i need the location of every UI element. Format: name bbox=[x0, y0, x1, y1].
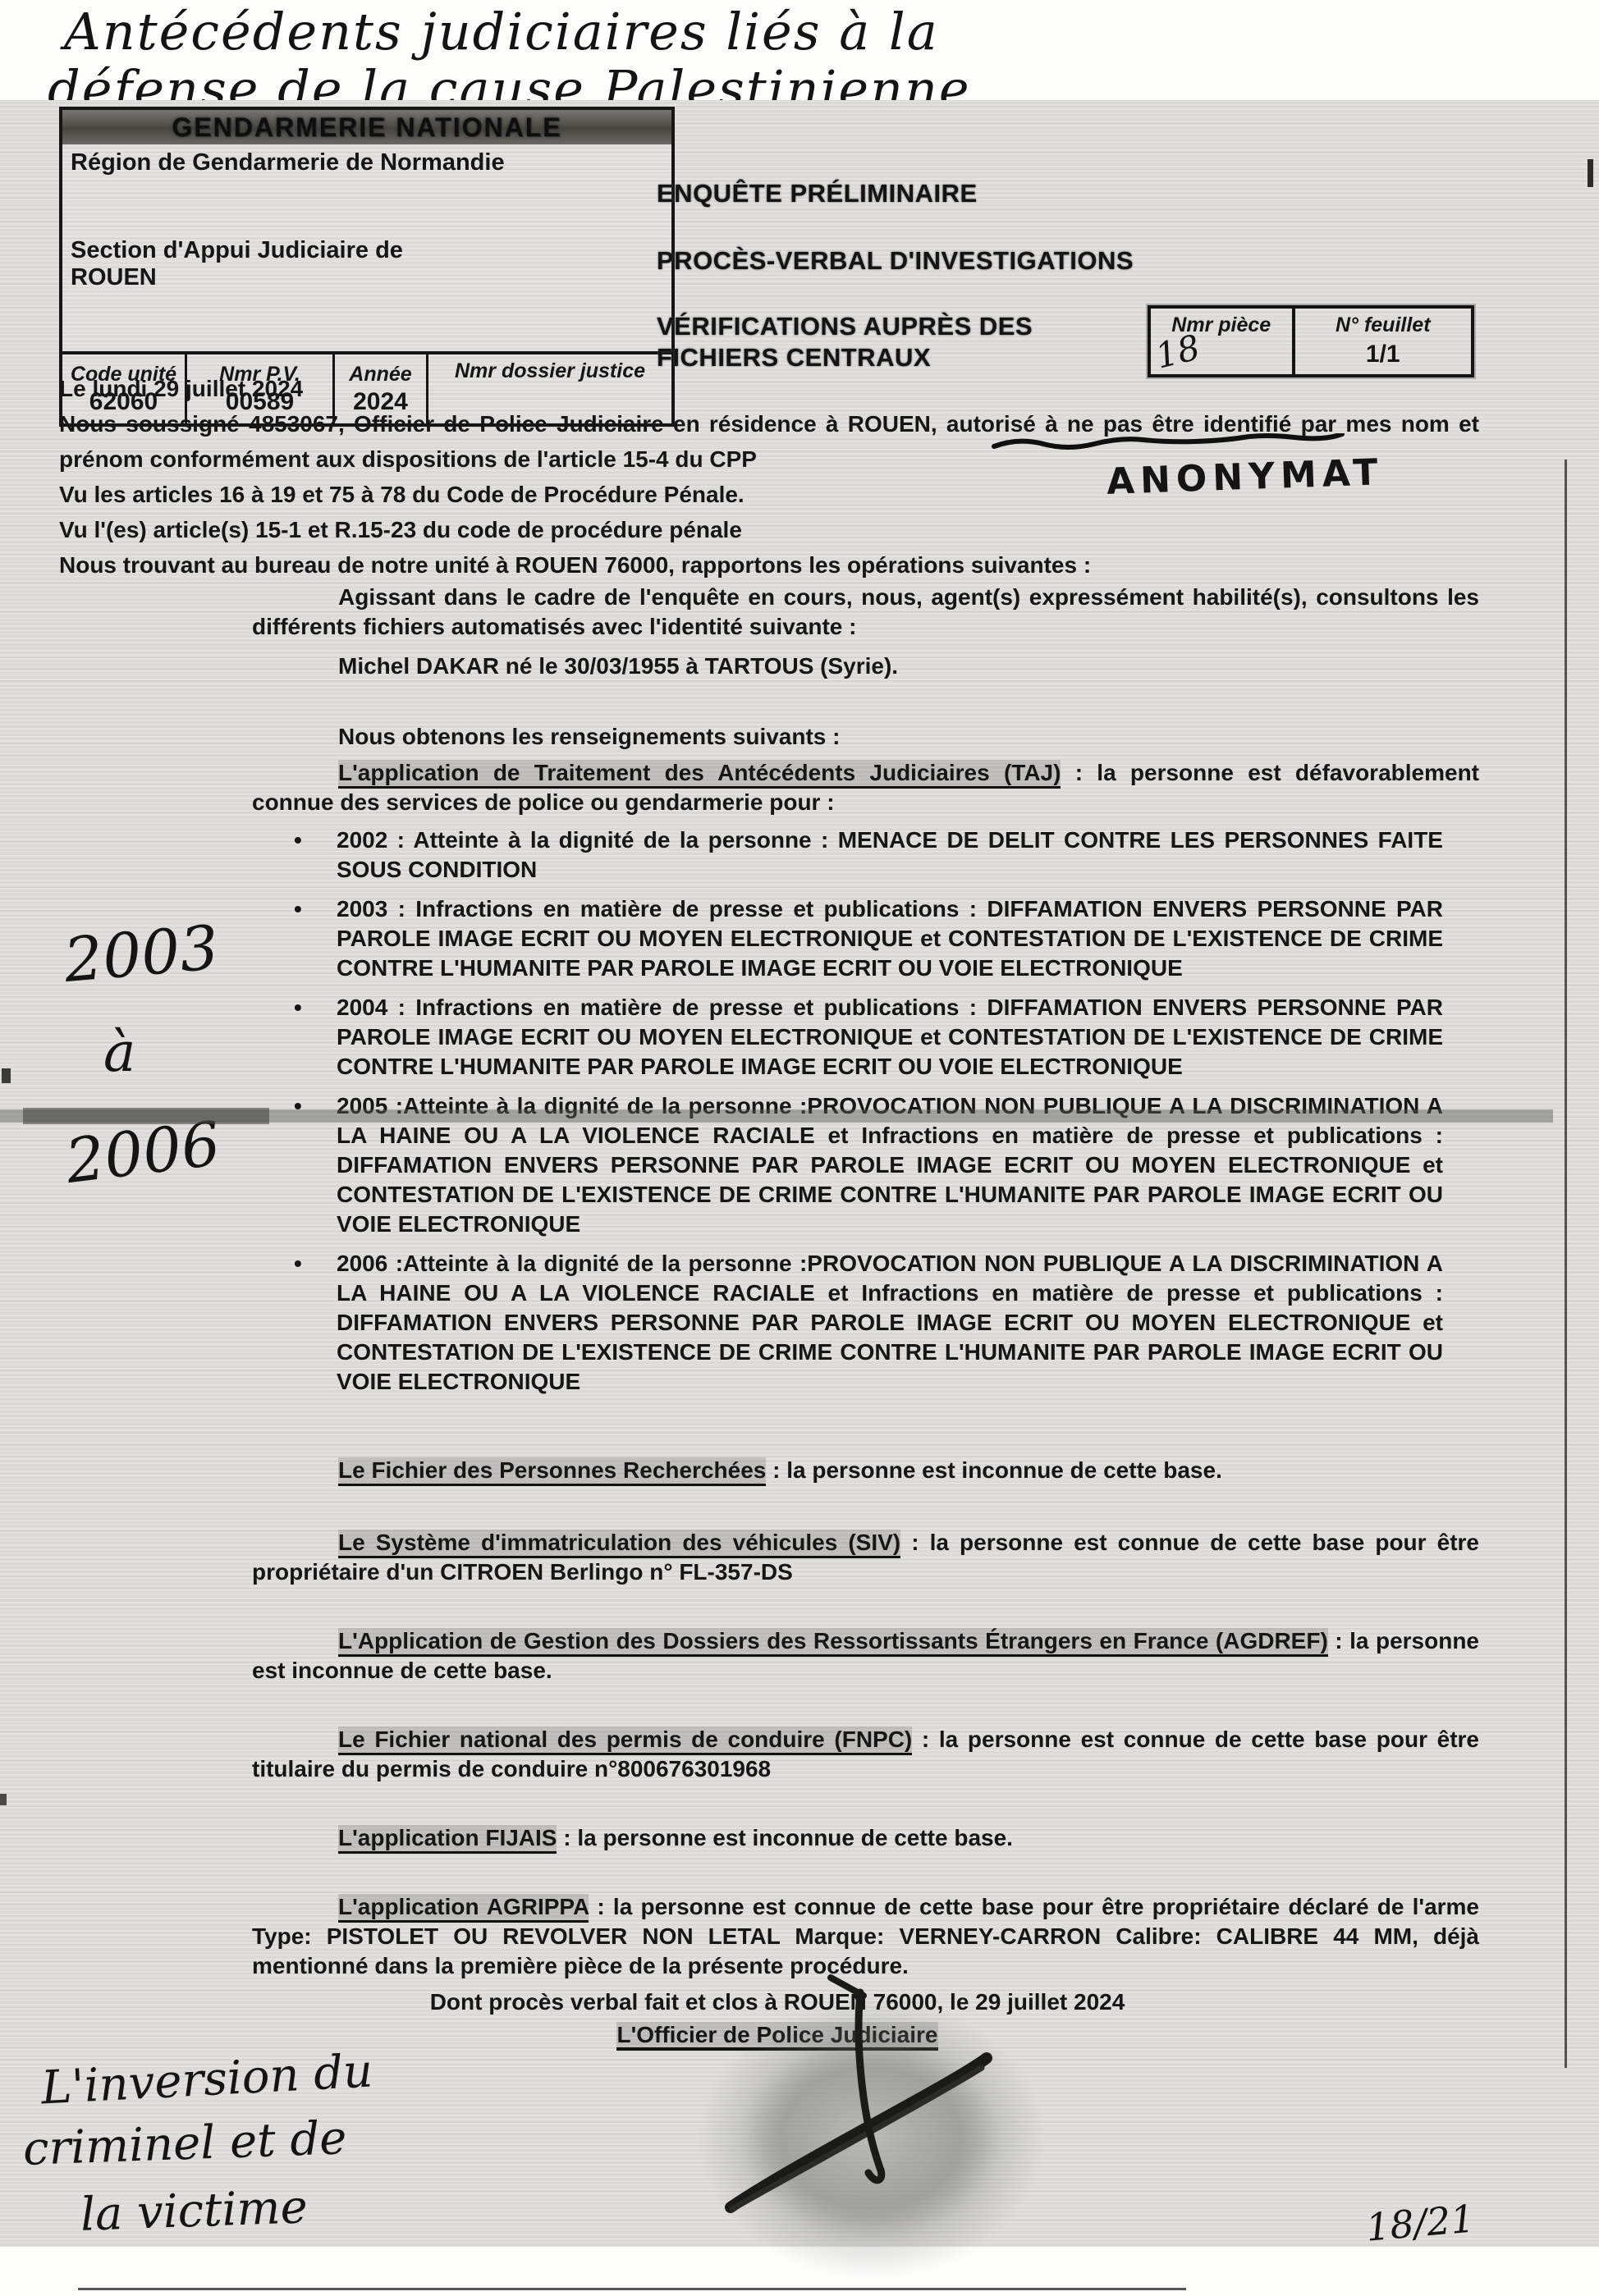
agrippa-label: L'application AGRIPPA bbox=[338, 1894, 589, 1923]
gendarmerie-nationale-title: GENDARMERIE NATIONALE bbox=[172, 112, 561, 143]
doc-title-verifications-line2: FICHIERS CENTRAUX bbox=[657, 343, 931, 373]
section-fpr: Le Fichier des Personnes Recherchées : l… bbox=[252, 1456, 1479, 1485]
scanned-document-page: Antécédents judiciaires liés à la défens… bbox=[0, 0, 1599, 2296]
document-body: Le lundi 29 juillet 2024 Nous soussigné … bbox=[59, 371, 1479, 2050]
agdref-label: L'Application de Gestion des Dossiers de… bbox=[338, 1628, 1328, 1657]
signature-stroke bbox=[831, 1978, 864, 1996]
feuillet-value: 1/1 bbox=[1366, 341, 1400, 368]
fpr-label: Le Fichier des Personnes Recherchées bbox=[338, 1457, 766, 1486]
unit-identity-box: Région de Gendarmerie de Normandie Secti… bbox=[62, 144, 671, 351]
fijais-label: L'application FIJAIS bbox=[338, 1825, 557, 1854]
handwritten-underline bbox=[989, 433, 1375, 455]
fnpc-label: Le Fichier national des permis de condui… bbox=[338, 1727, 912, 1755]
handwritten-bottom-line2: criminel et de bbox=[22, 2111, 347, 2176]
scan-speck bbox=[0, 1794, 7, 1805]
scan-speck bbox=[2, 1068, 11, 1083]
list-item-2002: 2002 : Atteinte à la dignité de la perso… bbox=[294, 826, 1443, 885]
doc-title-proces-verbal: PROCÈS-VERBAL D'INVESTIGATIONS bbox=[657, 246, 1134, 276]
agissant-paragraph: Agissant dans le cadre de l'enquête en c… bbox=[252, 583, 1479, 642]
feuillet-cell: N° feuillet 1/1 bbox=[1295, 309, 1472, 374]
spacer bbox=[252, 752, 1479, 758]
siv-label: Le Système d'immatriculation des véhicul… bbox=[338, 1530, 900, 1558]
spacer bbox=[252, 1406, 1479, 1456]
spacer bbox=[252, 681, 1479, 722]
doc-title-verifications-line1: VÉRIFICATIONS AUPRÈS DES bbox=[657, 312, 1033, 341]
list-item-2003: 2003 : Infractions en matière de presse … bbox=[294, 894, 1443, 983]
taj-label: L'application de Traitement des Antécéde… bbox=[338, 760, 1061, 789]
list-item-2004: 2004 : Infractions en matière de presse … bbox=[294, 993, 1443, 1082]
handwritten-margin-a: à bbox=[103, 1021, 135, 1084]
list-item-2006: 2006 :Atteinte à la dignité de la person… bbox=[294, 1249, 1443, 1397]
scan-mark bbox=[1588, 159, 1593, 187]
date-line: Le lundi 29 juillet 2024 bbox=[59, 371, 1479, 406]
scan-bottom-edge bbox=[78, 2288, 1186, 2290]
section-agdref: L'Application de Gestion des Dossiers de… bbox=[252, 1626, 1479, 1685]
handwritten-margin-2003: 2003 bbox=[62, 912, 222, 996]
section-fijais: L'application FIJAIS : la personne est i… bbox=[252, 1823, 1479, 1853]
handwritten-bottom-line3: la victime bbox=[80, 2180, 309, 2242]
fpr-rest: : la personne est inconnue de cette base… bbox=[766, 1457, 1222, 1483]
gendarmerie-nationale-bar: GENDARMERIE NATIONALE bbox=[62, 110, 671, 144]
region-label: Région de Gendarmerie de Normandie bbox=[71, 149, 663, 176]
feuillet-label: N° feuillet bbox=[1336, 313, 1431, 337]
scan-edge-line bbox=[1565, 460, 1567, 2068]
doc-title-enquete: ENQUÊTE PRÉLIMINAIRE bbox=[657, 179, 978, 208]
indented-block: Agissant dans le cadre de l'enquête en c… bbox=[252, 583, 1479, 1981]
obtenons-line: Nous obtenons les renseignements suivant… bbox=[338, 722, 1479, 752]
signature bbox=[525, 1953, 1149, 2296]
handwritten-top-title-line1: Antécédents judiciaires liés à la bbox=[64, 2, 939, 62]
identity-line: Michel DAKAR né le 30/03/1955 à TARTOUS … bbox=[338, 652, 1479, 681]
scan-smear bbox=[23, 1108, 269, 1124]
fijais-rest: : la personne est inconnue de cette base… bbox=[557, 1825, 1013, 1850]
signature-stroke bbox=[859, 1992, 882, 2180]
vu-articles-line2: Vu l'(es) article(s) 15-1 et R.15-23 du … bbox=[59, 512, 1479, 547]
section-fnpc: Le Fichier national des permis de condui… bbox=[252, 1725, 1479, 1784]
section-label-line1: Section d'Appui Judiciaire de bbox=[71, 237, 663, 264]
handwritten-page-number: 18/21 bbox=[1364, 2196, 1477, 2249]
taj-paragraph: L'application de Traitement des Antécéde… bbox=[252, 758, 1479, 817]
section-label-line2: ROUEN bbox=[71, 264, 663, 291]
section-siv: Le Système d'immatriculation des véhicul… bbox=[252, 1528, 1479, 1587]
signature-stroke bbox=[732, 2068, 982, 2209]
bureau-line: Nous trouvant au bureau de notre unité à… bbox=[59, 547, 1479, 583]
